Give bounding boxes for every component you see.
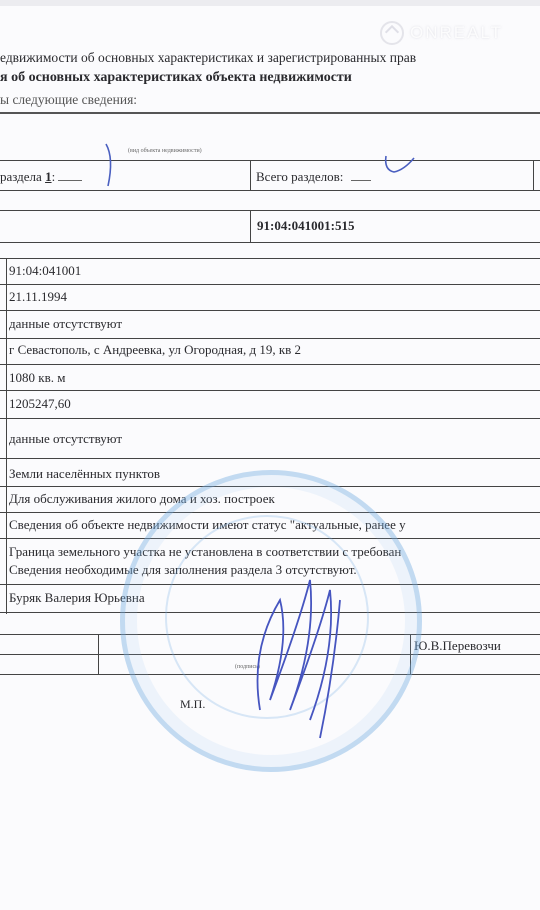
row-value: Земли населённых пунктов — [9, 466, 160, 482]
object-type-hint: (вид объекта недвижимости) — [128, 148, 202, 154]
handwritten-mark — [100, 140, 120, 190]
row-value: 1080 кв. м — [9, 370, 65, 386]
watermark: ONREALT — [380, 20, 503, 46]
handwritten-signature — [240, 560, 360, 740]
row-value: данные отсутствуют — [9, 316, 122, 332]
document-subheading: ы следующие сведения: — [0, 92, 137, 108]
section-suffix: : — [52, 169, 56, 184]
total-sections-label: Всего разделов: — [256, 169, 343, 184]
document-title: я об основных характеристиках объекта не… — [0, 70, 352, 86]
divider — [0, 112, 540, 114]
table-border — [0, 160, 540, 161]
table-border — [250, 160, 251, 190]
row-value: 1205247,60 — [9, 396, 71, 412]
table-border — [0, 242, 540, 243]
section-label-cell: раздела 1: — [0, 169, 82, 185]
house-circle-icon — [380, 21, 404, 45]
table-border — [0, 190, 540, 191]
row-value: г Севастополь, с Андреевка, ул Огородная… — [9, 342, 301, 358]
document-heading-line1: едвижимости об основных характеристиках … — [0, 50, 416, 66]
section-label: раздела — [0, 169, 42, 184]
table-border — [6, 258, 7, 614]
table-border — [250, 210, 251, 242]
signatory-name: Ю.В.Перевозчи — [414, 638, 501, 654]
row-value: 91:04:041001 — [9, 263, 81, 279]
table-border — [533, 160, 534, 190]
row-value: 21.11.1994 — [9, 289, 67, 305]
watermark-brand: ONREALT — [410, 23, 503, 43]
row-value: данные отсутствуют — [9, 431, 122, 447]
total-sections-cell: Всего разделов: — [256, 169, 371, 185]
table-border — [0, 210, 540, 211]
seal-label: М.П. — [180, 697, 205, 712]
handwritten-total — [380, 150, 420, 180]
page-top-edge — [0, 0, 540, 6]
cadastral-number: 91:04:041001:515 — [257, 218, 355, 234]
